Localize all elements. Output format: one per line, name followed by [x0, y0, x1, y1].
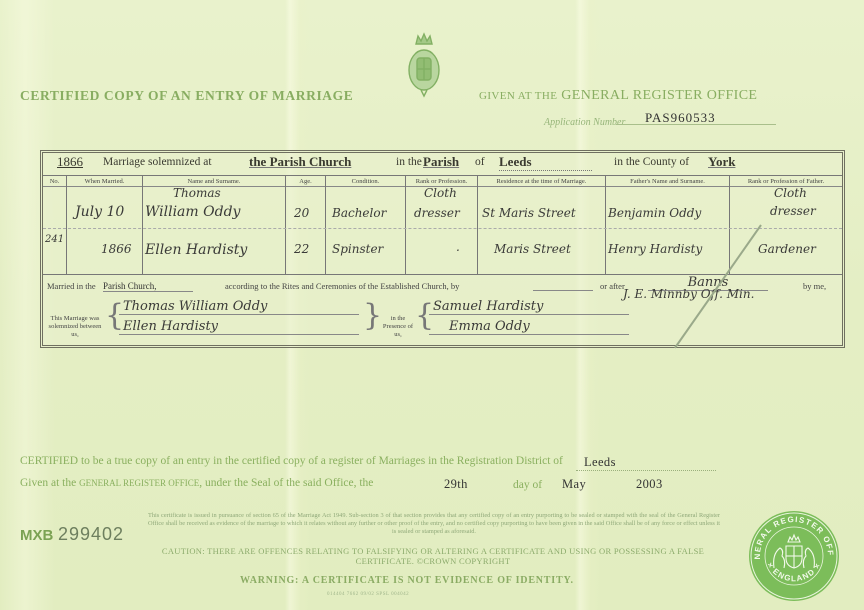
groom-father-profession-1: Cloth — [774, 186, 807, 200]
solemnized-between-label: This Marriage was solemnized between us, — [45, 315, 105, 339]
groom-first-name: Thomas — [173, 186, 221, 200]
office-name: GENERAL REGISTER OFFICE — [561, 88, 757, 103]
bride-name: Ellen Hardisty — [145, 242, 247, 258]
of-label: of — [475, 156, 485, 168]
column-residence: Residence at the time of Marriage. St Ma… — [478, 176, 606, 274]
certification-line-2: Given at the General Register Office, un… — [20, 477, 373, 489]
general-register-office-seal-icon: GENERAL REGISTER OFFICE × ENGLAND × — [748, 510, 840, 602]
parish-name: Leeds — [499, 154, 592, 171]
print-codes: 014404 7662 09/02 SPSL 004042 — [327, 592, 409, 597]
given-at-label: Given at the — [20, 477, 76, 489]
groom-father-name: Benjamin Oddy — [608, 206, 701, 220]
certified-word: CERTIFIED — [20, 455, 78, 467]
groom-name: William Oddy — [145, 204, 240, 220]
married-in-label: Married in the — [47, 281, 96, 291]
serial-prefix: MXB — [20, 527, 53, 544]
registration-district: Leeds — [584, 455, 616, 470]
groom-profession-2: dresser — [414, 206, 460, 220]
bride-age: 22 — [294, 242, 309, 256]
given-at-text: Given at the — [479, 90, 557, 102]
column-header-residence: Residence at the time of Marriage. — [478, 176, 605, 187]
county-label: in the County of — [614, 156, 689, 168]
seal-text: , under the Seal of the said Office, the — [199, 477, 373, 489]
legal-notice: This certificate is issued in pursuance … — [148, 512, 720, 536]
in-the-label: in the — [396, 156, 422, 168]
officiant-signature: J. E. Minnby Off. Min. — [623, 287, 754, 301]
bride-father-profession: Gardener — [758, 242, 816, 256]
groom-profession-1: Cloth — [424, 186, 457, 200]
column-father-profession: Rank or Profession of Father. Cloth dres… — [730, 176, 842, 274]
groom-age: 20 — [294, 206, 309, 220]
bride-profession: . — [456, 240, 460, 254]
by-me-label: by me, — [803, 281, 826, 291]
groom-father-profession-2: dresser — [770, 204, 816, 218]
day-of-label: day of — [513, 479, 542, 491]
groom-residence: St Maris Street — [482, 206, 576, 220]
column-header-no: No. — [43, 176, 66, 187]
presence-label: in the Presence of us, — [381, 315, 415, 339]
row-divider — [43, 228, 842, 229]
certificate-title: CERTIFIED COPY OF AN ENTRY OF MARRIAGE — [20, 88, 353, 104]
date-married: July 10 — [75, 204, 124, 220]
bride-residence: Maris Street — [494, 242, 571, 256]
column-header-age: Age. — [286, 176, 325, 187]
officiant-blank — [533, 281, 593, 291]
certification-line-1: CERTIFIED to be a true copy of an entry … — [20, 455, 563, 467]
groom-signature: Thomas William Oddy — [119, 299, 359, 315]
register-place: the Parish Church — [249, 154, 351, 170]
bride-signature: Ellen Hardisty — [119, 319, 359, 335]
date-year: 1866 — [101, 242, 132, 256]
caution-notice: CAUTION: THERE ARE OFFENCES RELATING TO … — [158, 546, 708, 566]
register-table: No. 241 When Married. July 10 1866 Name … — [43, 175, 842, 275]
groom-condition: Bachelor — [332, 206, 386, 220]
married-in-value: Parish Church, — [103, 281, 193, 292]
royal-coat-of-arms-icon — [404, 30, 444, 100]
column-father-name: Father's Name and Surname. Benjamin Oddy… — [606, 176, 730, 274]
certified-text: to be a true copy of an entry in the cer… — [81, 455, 563, 467]
column-condition: Condition. Bachelor Spinster — [326, 176, 406, 274]
issue-year: 2003 — [636, 477, 663, 492]
column-header-father-name: Father's Name and Surname. — [606, 176, 729, 187]
rites-text: according to the Rites and Ceremonies of… — [225, 281, 459, 291]
issue-day: 29th — [444, 477, 468, 492]
column-header-condition: Condition. — [326, 176, 405, 187]
or-after-label: or after — [600, 281, 625, 291]
parish-word: Parish — [423, 154, 459, 170]
office-label: General Register Office — [79, 478, 199, 488]
witness-2-signature: Emma Oddy — [429, 319, 629, 335]
identity-warning: WARNING: A CERTIFICATE IS NOT EVIDENCE O… — [240, 575, 574, 586]
column-header-when-married: When Married. — [67, 176, 142, 187]
issuing-office-heading: Given at the GENERAL REGISTER OFFICE — [479, 88, 757, 104]
column-profession: Rank or Profession. Cloth dresser . — [406, 176, 478, 274]
issue-month: May — [562, 477, 586, 492]
witness-1-signature: Samuel Hardisty — [429, 299, 629, 315]
register-heading: 1866 Marriage solemnized at the Parish C… — [51, 156, 834, 174]
column-name: Name and Surname. Thomas William Oddy El… — [143, 176, 286, 274]
column-when-married: When Married. July 10 1866 — [67, 176, 143, 274]
county-name: York — [708, 154, 735, 170]
column-age: Age. 20 22 — [286, 176, 326, 274]
solemnized-label: Marriage solemnized at — [103, 156, 212, 168]
signatures-section: This Marriage was solemnized between us,… — [43, 295, 842, 345]
entry-number: 241 — [45, 234, 64, 245]
district-underline — [576, 470, 716, 471]
column-no: No. 241 — [43, 176, 67, 274]
brace-right: } — [363, 301, 382, 331]
application-number: PAS960533 — [645, 110, 716, 126]
register-entry: 1866 Marriage solemnized at the Parish C… — [40, 150, 845, 348]
register-year: 1866 — [57, 154, 83, 170]
bride-father-name: Henry Hardisty — [608, 242, 702, 256]
serial-number: 299402 — [58, 524, 124, 545]
application-number-label: Application Number — [544, 117, 625, 128]
bride-condition: Spinster — [332, 242, 383, 256]
